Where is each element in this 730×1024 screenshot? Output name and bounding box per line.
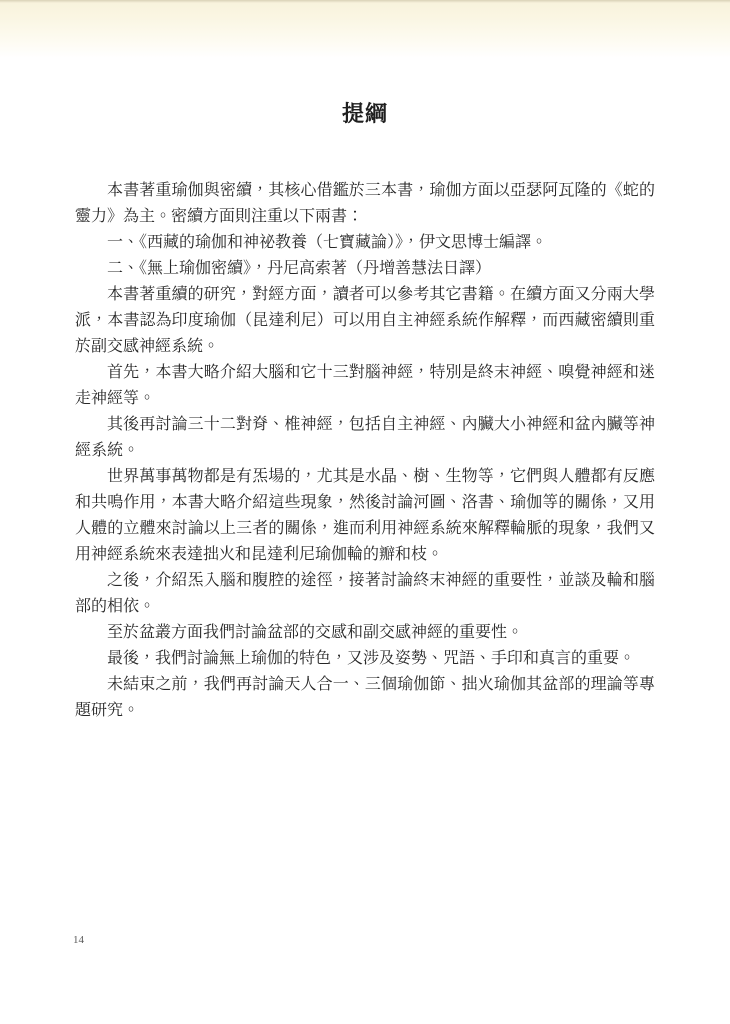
paragraph: 首先，本書大略介紹大腦和它十三對腦神經，特別是終末神經、嗅覺神經和迷走神經等。 (75, 360, 655, 412)
paragraph: 本書著重瑜伽與密續，其核心借鑑於三本書，瑜伽方面以亞瑟阿瓦隆的《蛇的靈力》為主。… (75, 178, 655, 230)
paragraph: 二、《無上瑜伽密續》，丹尼高索著（丹增善慧法日譯） (75, 256, 655, 282)
body-paragraphs: 本書著重瑜伽與密續，其核心借鑑於三本書，瑜伽方面以亞瑟阿瓦隆的《蛇的靈力》為主。… (75, 178, 655, 724)
paragraph: 最後，我們討論無上瑜伽的特色，又涉及姿勢、咒語、手印和真言的重要。 (75, 646, 655, 672)
page-number: 14 (73, 933, 84, 947)
paragraph: 至於盆叢方面我們討論盆部的交感和副交感神經的重要性。 (75, 620, 655, 646)
page-content: 提綱 本書著重瑜伽與密續，其核心借鑑於三本書，瑜伽方面以亞瑟阿瓦隆的《蛇的靈力》… (75, 0, 655, 724)
paragraph: 其後再討論三十二對脊、椎神經，包括自主神經、內臟大小神經和盆內臟等神經系統。 (75, 412, 655, 464)
paragraph: 未結束之前，我們再討論天人合一、三個瑜伽節、拙火瑜伽其盆部的理論等專題研究。 (75, 672, 655, 724)
paragraph: 本書著重續的研究，對經方面，讀者可以參考其它書籍。在續方面又分兩大學派，本書認為… (75, 282, 655, 360)
document-page: { "document": { "title": "提綱", "paragrap… (0, 0, 730, 1024)
page-title: 提綱 (75, 0, 655, 128)
paragraph: 一、《西藏的瑜伽和神祕教養（七寶藏論）》，伊文思博士編譯。 (75, 230, 655, 256)
paragraph: 之後，介紹炁入腦和腹腔的途徑，接著討論終末神經的重要性，並談及輪和腦部的相依。 (75, 568, 655, 620)
paragraph: 世界萬事萬物都是有炁場的，尤其是水晶、樹、生物等，它們與人體都有反應和共鳴作用，… (75, 464, 655, 568)
